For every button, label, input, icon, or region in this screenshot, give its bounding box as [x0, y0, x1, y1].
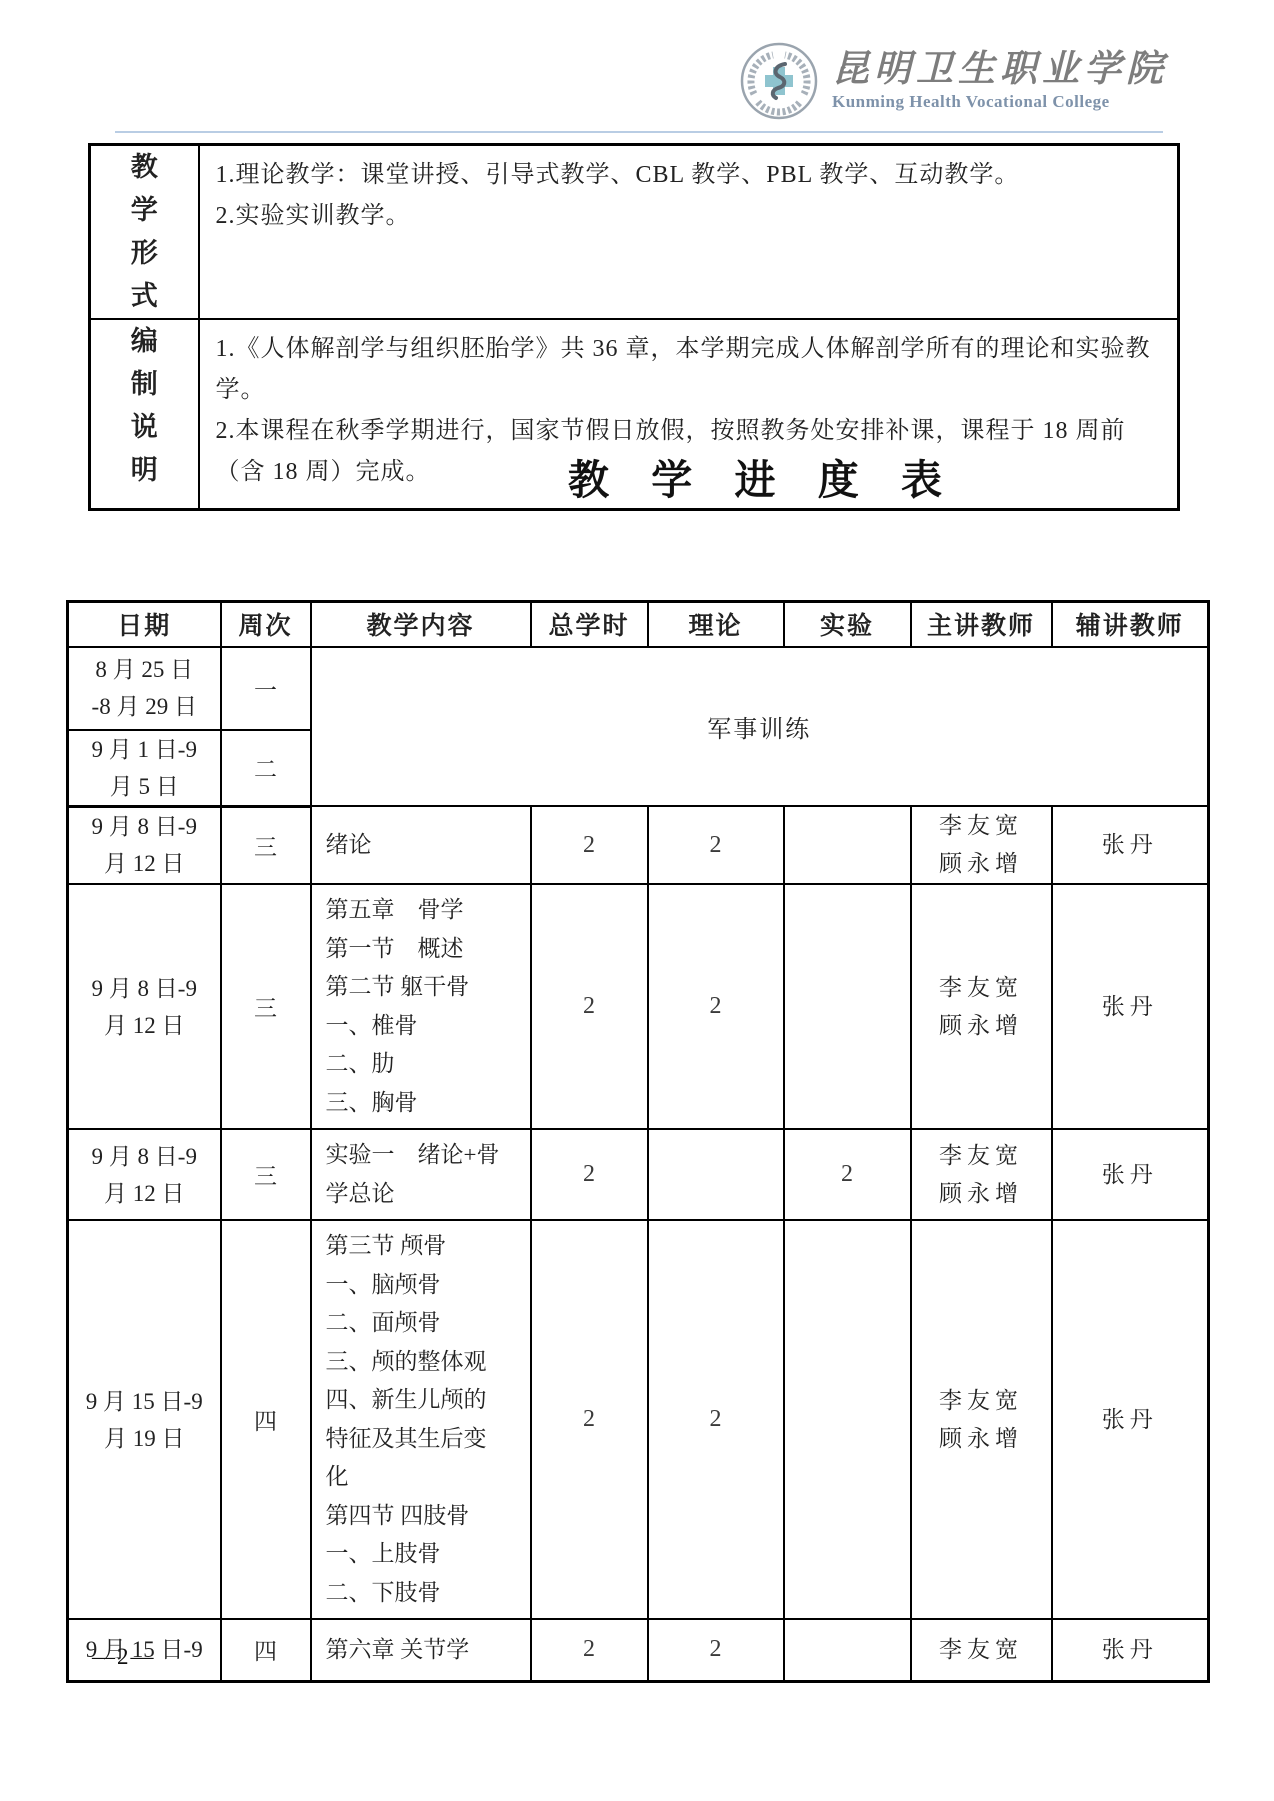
date-cell: 9 月 8 日-9 月 12 日 [68, 884, 221, 1129]
total-hours-cell: 2 [531, 884, 648, 1129]
total-hours-cell: 2 [531, 806, 648, 884]
date-cell: 9 月 1 日-9 月 5 日 [68, 730, 221, 807]
lead-teacher-cell: 李友宽 顾永增 [911, 1129, 1052, 1220]
column-header-total-hours: 总学时 [531, 602, 648, 647]
table-row: 教学形式 1.理论教学：课堂讲授、引导式教学、CBL 教学、PBL 教学、互动教… [90, 145, 1179, 320]
content-cell: 第六章 关节学 [311, 1619, 531, 1681]
college-seal-icon [740, 42, 818, 120]
week-cell: 四 [221, 1619, 311, 1681]
military-training-cell: 军事训练 [311, 647, 1209, 807]
total-hours-cell: 2 [531, 1220, 648, 1619]
theory-hours-cell [648, 1129, 784, 1220]
week-cell: 三 [221, 806, 311, 884]
date-cell: 9 月 8 日-9 月 12 日 [68, 1129, 221, 1220]
week-cell: 三 [221, 1129, 311, 1220]
college-name-english: Kunming Health Vocational College [832, 91, 1168, 113]
assistant-teacher-cell: 张丹 [1052, 884, 1209, 1129]
table-row: 8 月 25 日 -8 月 29 日 一 军事训练 [68, 647, 1209, 730]
college-name-block: 昆明卫生职业学院 Kunming Health Vocational Colle… [832, 49, 1168, 113]
date-cell: 9 月 15 日-9 月 19 日 [68, 1220, 221, 1619]
letterhead-divider [115, 131, 1163, 133]
total-hours-cell: 2 [531, 1129, 648, 1220]
theory-hours-cell: 2 [648, 1619, 784, 1681]
info-content-teaching-format: 1.理论教学：课堂讲授、引导式教学、CBL 教学、PBL 教学、互动教学。 2.… [199, 145, 1179, 320]
week-cell: 三 [221, 884, 311, 1129]
page-title: 教 学 进 度 表 [568, 447, 958, 506]
info-label-teaching-format: 教学形式 [90, 145, 199, 320]
document-page: 昆明卫生职业学院 Kunming Health Vocational Colle… [0, 0, 1274, 1801]
week-cell: 四 [221, 1220, 311, 1619]
page-number: —2— [92, 1644, 156, 1670]
lab-hours-cell: 2 [784, 1129, 911, 1220]
lab-hours-cell [784, 1220, 911, 1619]
assistant-teacher-cell: 张丹 [1052, 1129, 1209, 1220]
theory-hours-cell: 2 [648, 806, 784, 884]
column-header-week: 周次 [221, 602, 311, 647]
lab-hours-cell [784, 1619, 911, 1681]
assistant-teacher-cell: 张丹 [1052, 1220, 1209, 1619]
theory-hours-cell: 2 [648, 884, 784, 1129]
theory-hours-cell: 2 [648, 1220, 784, 1619]
table-row: 9 月 15 日-9 四 第六章 关节学 2 2 李友宽 张丹 [68, 1619, 1209, 1681]
table-header-row: 日期 周次 教学内容 总学时 理论 实验 主讲教师 辅讲教师 [68, 602, 1209, 647]
assistant-teacher-cell: 张丹 [1052, 1619, 1209, 1681]
column-header-assistant-teacher: 辅讲教师 [1052, 602, 1209, 647]
column-header-content: 教学内容 [311, 602, 531, 647]
content-cell: 第三节 颅骨 一、脑颅骨 二、面颅骨 三、颅的整体观 四、新生儿颅的 特征及其生… [311, 1220, 531, 1619]
lead-teacher-cell: 李友宽 [911, 1619, 1052, 1681]
column-header-lead-teacher: 主讲教师 [911, 602, 1052, 647]
table-row: 9 月 8 日-9 月 12 日 三 绪论 2 2 李友宽 顾永增 张丹 [68, 806, 1209, 884]
table-row: 9 月 8 日-9 月 12 日 三 第五章 骨学 第一节 概述 第二节 躯干骨… [68, 884, 1209, 1129]
table-row: 9 月 15 日-9 月 19 日 四 第三节 颅骨 一、脑颅骨 二、面颅骨 三… [68, 1220, 1209, 1619]
lead-teacher-cell: 李友宽 顾永增 [911, 1220, 1052, 1619]
date-cell: 9 月 8 日-9 月 12 日 [68, 806, 221, 884]
teaching-schedule-table: 日期 周次 教学内容 总学时 理论 实验 主讲教师 辅讲教师 8 月 25 日 … [66, 600, 1210, 1683]
college-name-chinese: 昆明卫生职业学院 [832, 49, 1168, 91]
lead-teacher-cell: 李友宽 顾永增 [911, 806, 1052, 884]
column-header-date: 日期 [68, 602, 221, 647]
date-cell: 8 月 25 日 -8 月 29 日 [68, 647, 221, 730]
table-row: 9 月 8 日-9 月 12 日 三 实验一 绪论+骨 学总论 2 2 李友宽 … [68, 1129, 1209, 1220]
letterhead: 昆明卫生职业学院 Kunming Health Vocational Colle… [740, 42, 1168, 120]
column-header-lab: 实验 [784, 602, 911, 647]
lab-hours-cell [784, 884, 911, 1129]
week-cell: 一 [221, 647, 311, 730]
content-cell: 实验一 绪论+骨 学总论 [311, 1129, 531, 1220]
lead-teacher-cell: 李友宽 顾永增 [911, 884, 1052, 1129]
week-cell: 二 [221, 730, 311, 807]
assistant-teacher-cell: 张丹 [1052, 806, 1209, 884]
total-hours-cell: 2 [531, 1619, 648, 1681]
content-cell: 第五章 骨学 第一节 概述 第二节 躯干骨 一、椎骨 二、肋 三、胸骨 [311, 884, 531, 1129]
column-header-theory: 理论 [648, 602, 784, 647]
info-label-compilation-notes: 编制说明 [90, 319, 199, 509]
content-cell: 绪论 [311, 806, 531, 884]
lab-hours-cell [784, 806, 911, 884]
